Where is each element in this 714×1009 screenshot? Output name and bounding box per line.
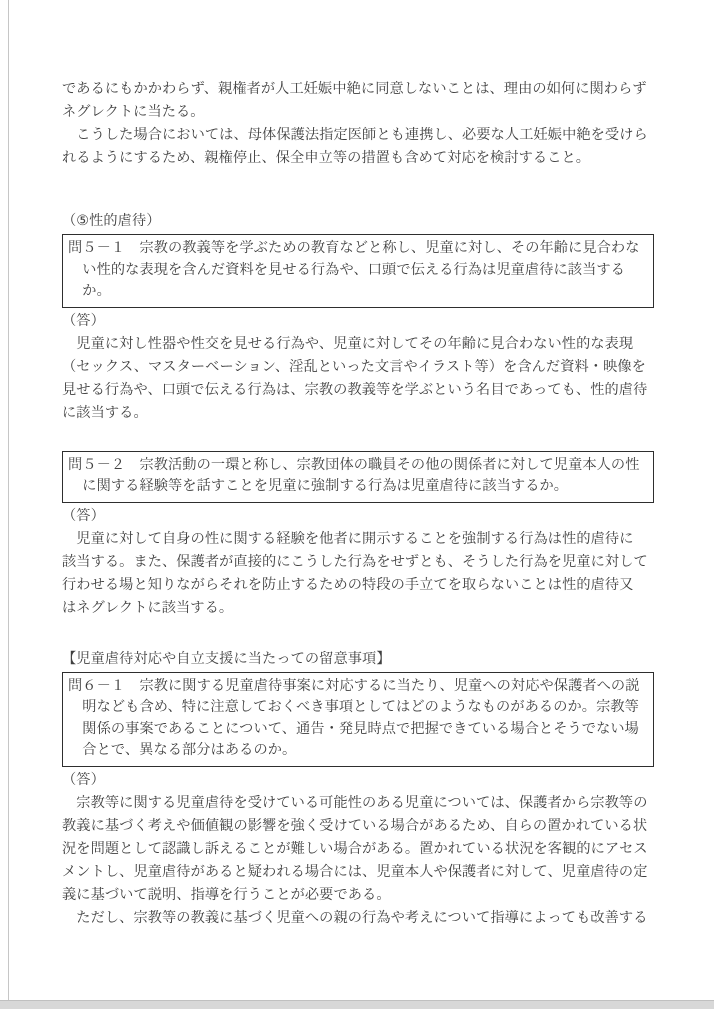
page-bottom-edge [0,1000,714,1009]
section-heading-response-notes: 【児童虐待対応や自立支援に当たっての留意事項】 [62,648,654,671]
document-content: であるにもかかわらず、親権者が人工妊娠中絶に同意しないことは、理由の如何に関わら… [62,0,654,930]
section-label-sexual-abuse: （⑤性的虐待） [62,210,654,233]
document-page: { "document": { "language": "ja", "color… [0,0,714,1009]
answer-text-5-2: 児童に対して自身の性に関する経験を他者に開示することを強制する行為は性的虐待に … [62,528,654,620]
answer-label-5-1: （答） [62,310,654,333]
answer-label-5-2: （答） [62,505,654,528]
answer-text-5-1: 児童に対し性器や性交を見せる行為や、児童に対してその年齢に見合わない性的な表現 … [62,333,654,425]
paragraph-abortion-neglect: であるにもかかわらず、親権者が人工妊娠中絶に同意しないことは、理由の如何に関わら… [62,78,654,170]
answer-label-6-1: （答） [62,769,654,792]
page-left-edge [8,0,9,1000]
question-box-6-1: 問６－１ 宗教に関する児童虐待事案に対応するに当たり、児童への対応や保護者への説… [62,672,654,767]
answer-text-6-1: 宗教等に関する児童虐待を受けている可能性のある児童については、保護者から宗教等の… [62,792,654,930]
question-box-5-2: 問５－２ 宗教活動の一環と称し、宗教団体の職員その他の関係者に対して児童本人の性… [62,451,654,503]
question-box-5-1: 問５－１ 宗教の教義等を学ぶための教育などと称し、児童に対し、その年齢に見合わな… [62,234,654,308]
